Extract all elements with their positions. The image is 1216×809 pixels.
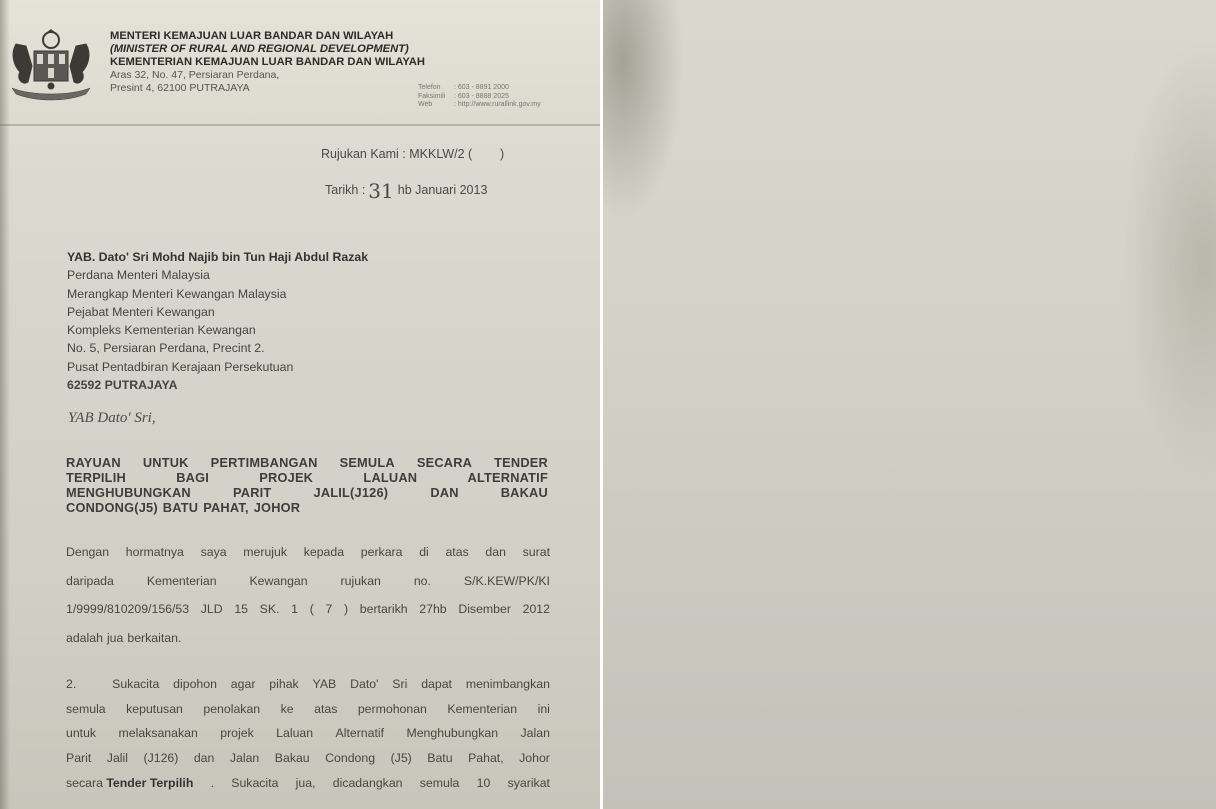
- date-day-handwritten: 31: [368, 179, 393, 203]
- coat-of-arms-icon: [6, 26, 96, 104]
- letterhead-minister: MENTERI KEMAJUAN LUAR BANDAR DAN WILAYAH: [110, 30, 425, 43]
- word: ke: [281, 702, 294, 727]
- letterhead-ministry: KEMENTERIAN KEMAJUAN LUAR BANDAR DAN WIL…: [110, 56, 425, 69]
- word: berkaitan.: [127, 631, 181, 660]
- reference-value: MKKLW/2 ( ): [409, 147, 504, 161]
- letter-date: Tarikh :31hb Januari 2013: [325, 179, 487, 203]
- text-line: secara Tender Terpilih.Sukacitajua,dicad…: [66, 776, 550, 801]
- paragraph-number: 2.: [66, 677, 76, 702]
- letter-page-1: MENTERI KEMAJUAN LUAR BANDAR DAN WILAYAH…: [0, 0, 600, 809]
- word: 1: [291, 602, 298, 631]
- word: kepada: [304, 545, 344, 574]
- word: PERTIMBANGAN: [211, 455, 318, 470]
- word: BAKAU: [501, 485, 548, 500]
- word: S/K.KEW/PK/KI: [464, 574, 550, 603]
- word: surat: [523, 545, 550, 574]
- word: merujuk: [243, 545, 287, 574]
- recipient-line: Pusat Pentadbiran Kerajaan Persekutuan: [67, 358, 368, 376]
- word: BAGI: [176, 470, 209, 485]
- word: Dengan: [66, 545, 109, 574]
- word: untuk: [66, 726, 96, 751]
- word: JOHOR: [254, 500, 301, 515]
- word: keputusan: [126, 702, 183, 727]
- word: JALIL(J126): [314, 485, 389, 500]
- word: permohonan: [358, 702, 427, 727]
- word: jua: [107, 631, 123, 660]
- recipient-block: YAB. Dato' Sri Mohd Najib bin Tun Haji A…: [67, 248, 368, 394]
- word: Pahat,: [468, 751, 504, 776]
- word: 1/9999/810209/156/53: [66, 602, 189, 631]
- word: UNTUK: [143, 455, 189, 470]
- web-address: : http://www.rurallink.gov.my: [454, 101, 541, 108]
- word: daripada: [66, 574, 114, 603]
- word: 7: [325, 602, 332, 631]
- recipient-line: Pejabat Menteri Kewangan: [67, 303, 368, 321]
- word: MENGHUBUNGKAN: [66, 485, 191, 500]
- reference-number: Rujukan Kami : MKKLW/2 ( ): [321, 147, 504, 161]
- recipient-line: Merangkap Menteri Kewangan Malaysia: [67, 285, 368, 303]
- word: Jalan: [521, 726, 550, 751]
- word: BATU: [163, 500, 198, 515]
- word: 27hb: [419, 602, 446, 631]
- word: DAN: [430, 485, 458, 500]
- word: pihak: [269, 677, 298, 702]
- word: semula: [66, 702, 106, 727]
- word: Sukacita: [231, 776, 278, 801]
- word: Kementerian: [147, 574, 217, 603]
- word: atas: [445, 545, 468, 574]
- word: atas: [314, 702, 337, 727]
- word: Jalan: [230, 751, 259, 776]
- word: Sri: [392, 677, 407, 702]
- word: CONDONG(J5): [66, 500, 158, 515]
- word: TENDER: [494, 455, 548, 470]
- last-line: secara Tender Terpilih: [66, 776, 193, 801]
- word: Bakau: [275, 751, 310, 776]
- word: dan: [194, 751, 215, 776]
- text-line: 2.SukacitadipohonagarpihakYABDato'Sridap…: [66, 677, 550, 702]
- word: (J126): [143, 751, 178, 776]
- word: Batu: [427, 751, 452, 776]
- subject-line: TERPILIHBAGIPROJEKLALUANALTERNATIF: [66, 470, 548, 485]
- word: di: [419, 545, 429, 574]
- word: Menghubungkan: [406, 726, 498, 751]
- word: penolakan: [203, 702, 260, 727]
- letterhead-address-2: Presint 4, 62100 PUTRAJAYA: [110, 82, 425, 95]
- word: Laluan: [276, 726, 313, 751]
- date-rest: hb Januari 2013: [398, 183, 488, 197]
- word: Johor: [519, 751, 550, 776]
- date-label: Tarikh :: [325, 183, 365, 197]
- word: perkara: [361, 545, 403, 574]
- word: Kewangan: [249, 574, 307, 603]
- word: jua,: [296, 776, 316, 801]
- subject-line: MENGHUBUNGKANPARITJALIL(J126)DANBAKAU: [66, 485, 548, 500]
- word: Jalil: [107, 751, 128, 776]
- letterhead-contact: Telefon: 603 - 8891 2000 Faksimili: 603 …: [418, 84, 541, 110]
- word: TERPILIH: [66, 470, 126, 485]
- word: 15: [234, 602, 248, 631]
- text-line: adalahjuaberkaitan.: [66, 631, 550, 660]
- text-line: Denganhormatnyasayamerujukkepadaperkarad…: [66, 545, 550, 574]
- word: SK.: [260, 602, 280, 631]
- word: (: [310, 602, 314, 631]
- salutation: YAB Dato' Sri,: [68, 410, 156, 427]
- word: YAB: [313, 677, 337, 702]
- recipient-line: Kompleks Kementerian Kewangan: [67, 321, 368, 339]
- letterhead-minister-en: (MINISTER OF RURAL AND REGIONAL DEVELOPM…: [110, 43, 425, 56]
- word: RAYUAN: [66, 455, 121, 470]
- word: SECARA: [417, 455, 472, 470]
- fax-label: Faksimili: [418, 93, 454, 102]
- text-line: untukmelaksanakanprojekLaluanAlternatifM…: [66, 726, 550, 751]
- word: Dato': [350, 677, 378, 702]
- word: Alternatif: [336, 726, 385, 751]
- word: syarikat: [508, 776, 550, 801]
- reference-label: Rujukan Kami :: [321, 147, 406, 161]
- word: 2012: [523, 602, 550, 631]
- word: projek: [220, 726, 254, 751]
- word: ini: [538, 702, 550, 727]
- paragraph-2: 2.SukacitadipohonagarpihakYABDato'Sridap…: [66, 677, 550, 800]
- word: Sukacita: [112, 677, 159, 702]
- letter-page-2: tempatannegeriJohoryangberpengalamanluas…: [603, 0, 1216, 809]
- word: no.: [414, 574, 431, 603]
- text-line: semulakeputusanpenolakankeataspermohonan…: [66, 702, 550, 727]
- word: dapat: [421, 677, 452, 702]
- recipient-postcode: 62592 PUTRAJAYA: [67, 376, 368, 394]
- word: Kementerian: [447, 702, 517, 727]
- word: SEMULA: [340, 455, 395, 470]
- word: melaksanakan: [119, 726, 198, 751]
- phone-number: : 603 - 8891 2000: [454, 84, 509, 91]
- word: agar: [231, 677, 256, 702]
- word: hormatnya: [126, 545, 184, 574]
- recipient-line: Perdana Menteri Malaysia: [67, 266, 368, 284]
- word: LALUAN: [363, 470, 417, 485]
- word: ): [344, 602, 348, 631]
- word: semula: [420, 776, 460, 801]
- subject-line: RAYUANUNTUKPERTIMBANGANSEMULASECARATENDE…: [66, 455, 548, 470]
- word: 10: [477, 776, 491, 801]
- word: adalah: [66, 631, 103, 660]
- subject-line: CONDONG(J5)BATUPAHAT,JOHOR: [66, 500, 548, 515]
- letterhead-address-1: Aras 32, No. 47, Persiaran Perdana,: [110, 69, 425, 82]
- word: ALTERNATIF: [468, 470, 548, 485]
- word: bertarikh: [360, 602, 408, 631]
- word: (J5): [391, 751, 412, 776]
- word: saya: [201, 545, 227, 574]
- text-line: daripadaKementerianKewanganrujukanno.S/K…: [66, 574, 550, 603]
- phone-label: Telefon: [418, 84, 454, 93]
- recipient-line: No. 5, Persiaran Perdana, Precint 2.: [67, 339, 368, 357]
- word: Disember: [458, 602, 511, 631]
- recipient-name: YAB. Dato' Sri Mohd Najib bin Tun Haji A…: [67, 248, 368, 266]
- word: dicadangkan: [333, 776, 403, 801]
- word: PARIT: [233, 485, 271, 500]
- paragraph-1: Denganhormatnyasayamerujukkepadaperkarad…: [66, 545, 550, 659]
- word: dan: [485, 545, 506, 574]
- word: rujukan: [341, 574, 381, 603]
- web-label: Web: [418, 101, 454, 110]
- word: dipohon: [173, 677, 217, 702]
- word: PAHAT,: [203, 500, 249, 515]
- fax-number: : 603 - 8888 2025: [454, 93, 509, 100]
- letterhead: MENTERI KEMAJUAN LUAR BANDAR DAN WILAYAH…: [110, 30, 425, 95]
- word: Parit: [66, 751, 91, 776]
- word: Condong: [325, 751, 375, 776]
- word: PROJEK: [259, 470, 313, 485]
- word: .: [211, 776, 214, 801]
- word: JLD: [201, 602, 223, 631]
- word: menimbangkan: [466, 677, 550, 702]
- tender-terpilih-bold: Tender Terpilih: [106, 776, 193, 790]
- text-line: 1/9999/810209/156/53JLD15SK.1(7)bertarik…: [66, 602, 550, 631]
- text-line: ParitJalil(J126)danJalanBakauCondong(J5)…: [66, 751, 550, 776]
- letter-subject: RAYUANUNTUKPERTIMBANGANSEMULASECARATENDE…: [66, 455, 548, 515]
